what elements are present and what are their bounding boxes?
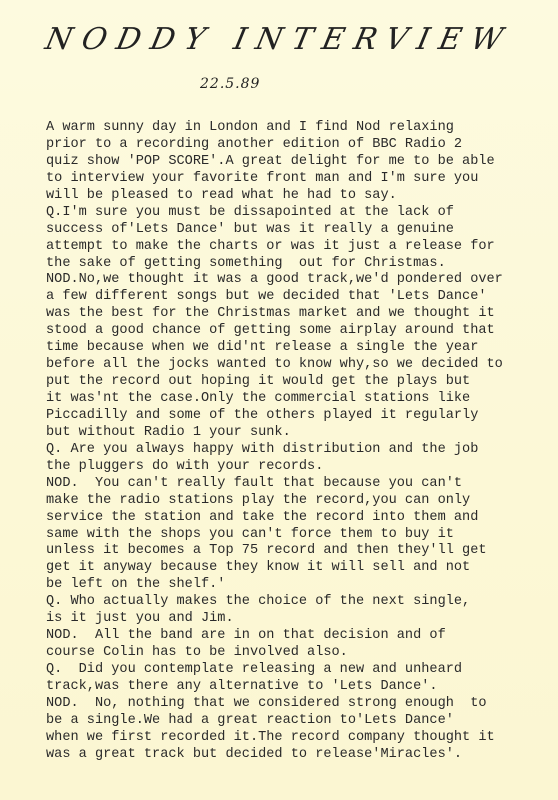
text-line: to interview your favorite front man and… bbox=[46, 171, 546, 188]
text-line: service the station and take the record … bbox=[46, 510, 546, 527]
document-page: NODDY INTERVIEW 22.5.89 A warm sunny day… bbox=[0, 0, 558, 800]
text-line: be a single.We had a great reaction to'L… bbox=[46, 713, 546, 730]
text-line: attempt to make the charts or was it jus… bbox=[46, 239, 546, 256]
text-line: it was'nt the case.Only the commercial s… bbox=[46, 391, 546, 408]
text-line: unless it becomes a Top 75 record and th… bbox=[46, 543, 546, 560]
text-line: Q. Are you always happy with distributio… bbox=[46, 442, 546, 459]
text-line: course Colin has to be involved also. bbox=[46, 645, 546, 662]
interview-body: A warm sunny day in London and I find No… bbox=[46, 120, 546, 764]
text-line: was a great track but decided to release… bbox=[46, 747, 546, 764]
text-line: NOD. No, nothing that we considered stro… bbox=[46, 696, 546, 713]
text-line: prior to a recording another edition of … bbox=[46, 137, 546, 154]
text-line: a few different songs but we decided tha… bbox=[46, 289, 546, 306]
text-line: track,was there any alternative to 'Lets… bbox=[46, 679, 546, 696]
text-line: NOD. You can't really fault that because… bbox=[46, 476, 546, 493]
text-line: quiz show 'POP SCORE'.A great delight fo… bbox=[46, 154, 546, 171]
text-line: before all the jocks wanted to know why,… bbox=[46, 357, 546, 374]
text-line: the pluggers do with your records. bbox=[46, 459, 546, 476]
text-line: was the best for the Christmas market an… bbox=[46, 306, 546, 323]
text-line: success of'Lets Dance' but was it really… bbox=[46, 222, 546, 239]
text-line: Q. Did you contemplate releasing a new a… bbox=[46, 662, 546, 679]
text-line: same with the shops you can't force them… bbox=[46, 527, 546, 544]
text-line: Q.I'm sure you must be dissapointed at t… bbox=[46, 205, 546, 222]
text-line: NOD.No,we thought it was a good track,we… bbox=[46, 272, 546, 289]
text-line: will be pleased to read what he had to s… bbox=[46, 188, 546, 205]
text-line: is it just you and Jim. bbox=[46, 611, 546, 628]
text-line: but without Radio 1 your sunk. bbox=[46, 425, 546, 442]
text-line: time because when we did'nt release a si… bbox=[46, 340, 546, 357]
text-line: be left on the shelf.' bbox=[46, 577, 546, 594]
text-line: put the record out hoping it would get t… bbox=[46, 374, 546, 391]
document-date: 22.5.89 bbox=[200, 76, 260, 92]
text-line: A warm sunny day in London and I find No… bbox=[46, 120, 546, 137]
text-line: Q. Who actually makes the choice of the … bbox=[46, 594, 546, 611]
text-line: make the radio stations play the record,… bbox=[46, 493, 546, 510]
text-line: Piccadilly and some of the others played… bbox=[46, 408, 546, 425]
text-line: the sake of getting something out for Ch… bbox=[46, 256, 546, 273]
text-line: stood a good chance of getting some airp… bbox=[46, 323, 546, 340]
document-title: NODDY INTERVIEW bbox=[0, 22, 558, 57]
text-line: get it anyway because they know it will … bbox=[46, 560, 546, 577]
text-line: NOD. All the band are in on that decisio… bbox=[46, 628, 546, 645]
text-line: when we first recorded it.The record com… bbox=[46, 730, 546, 747]
